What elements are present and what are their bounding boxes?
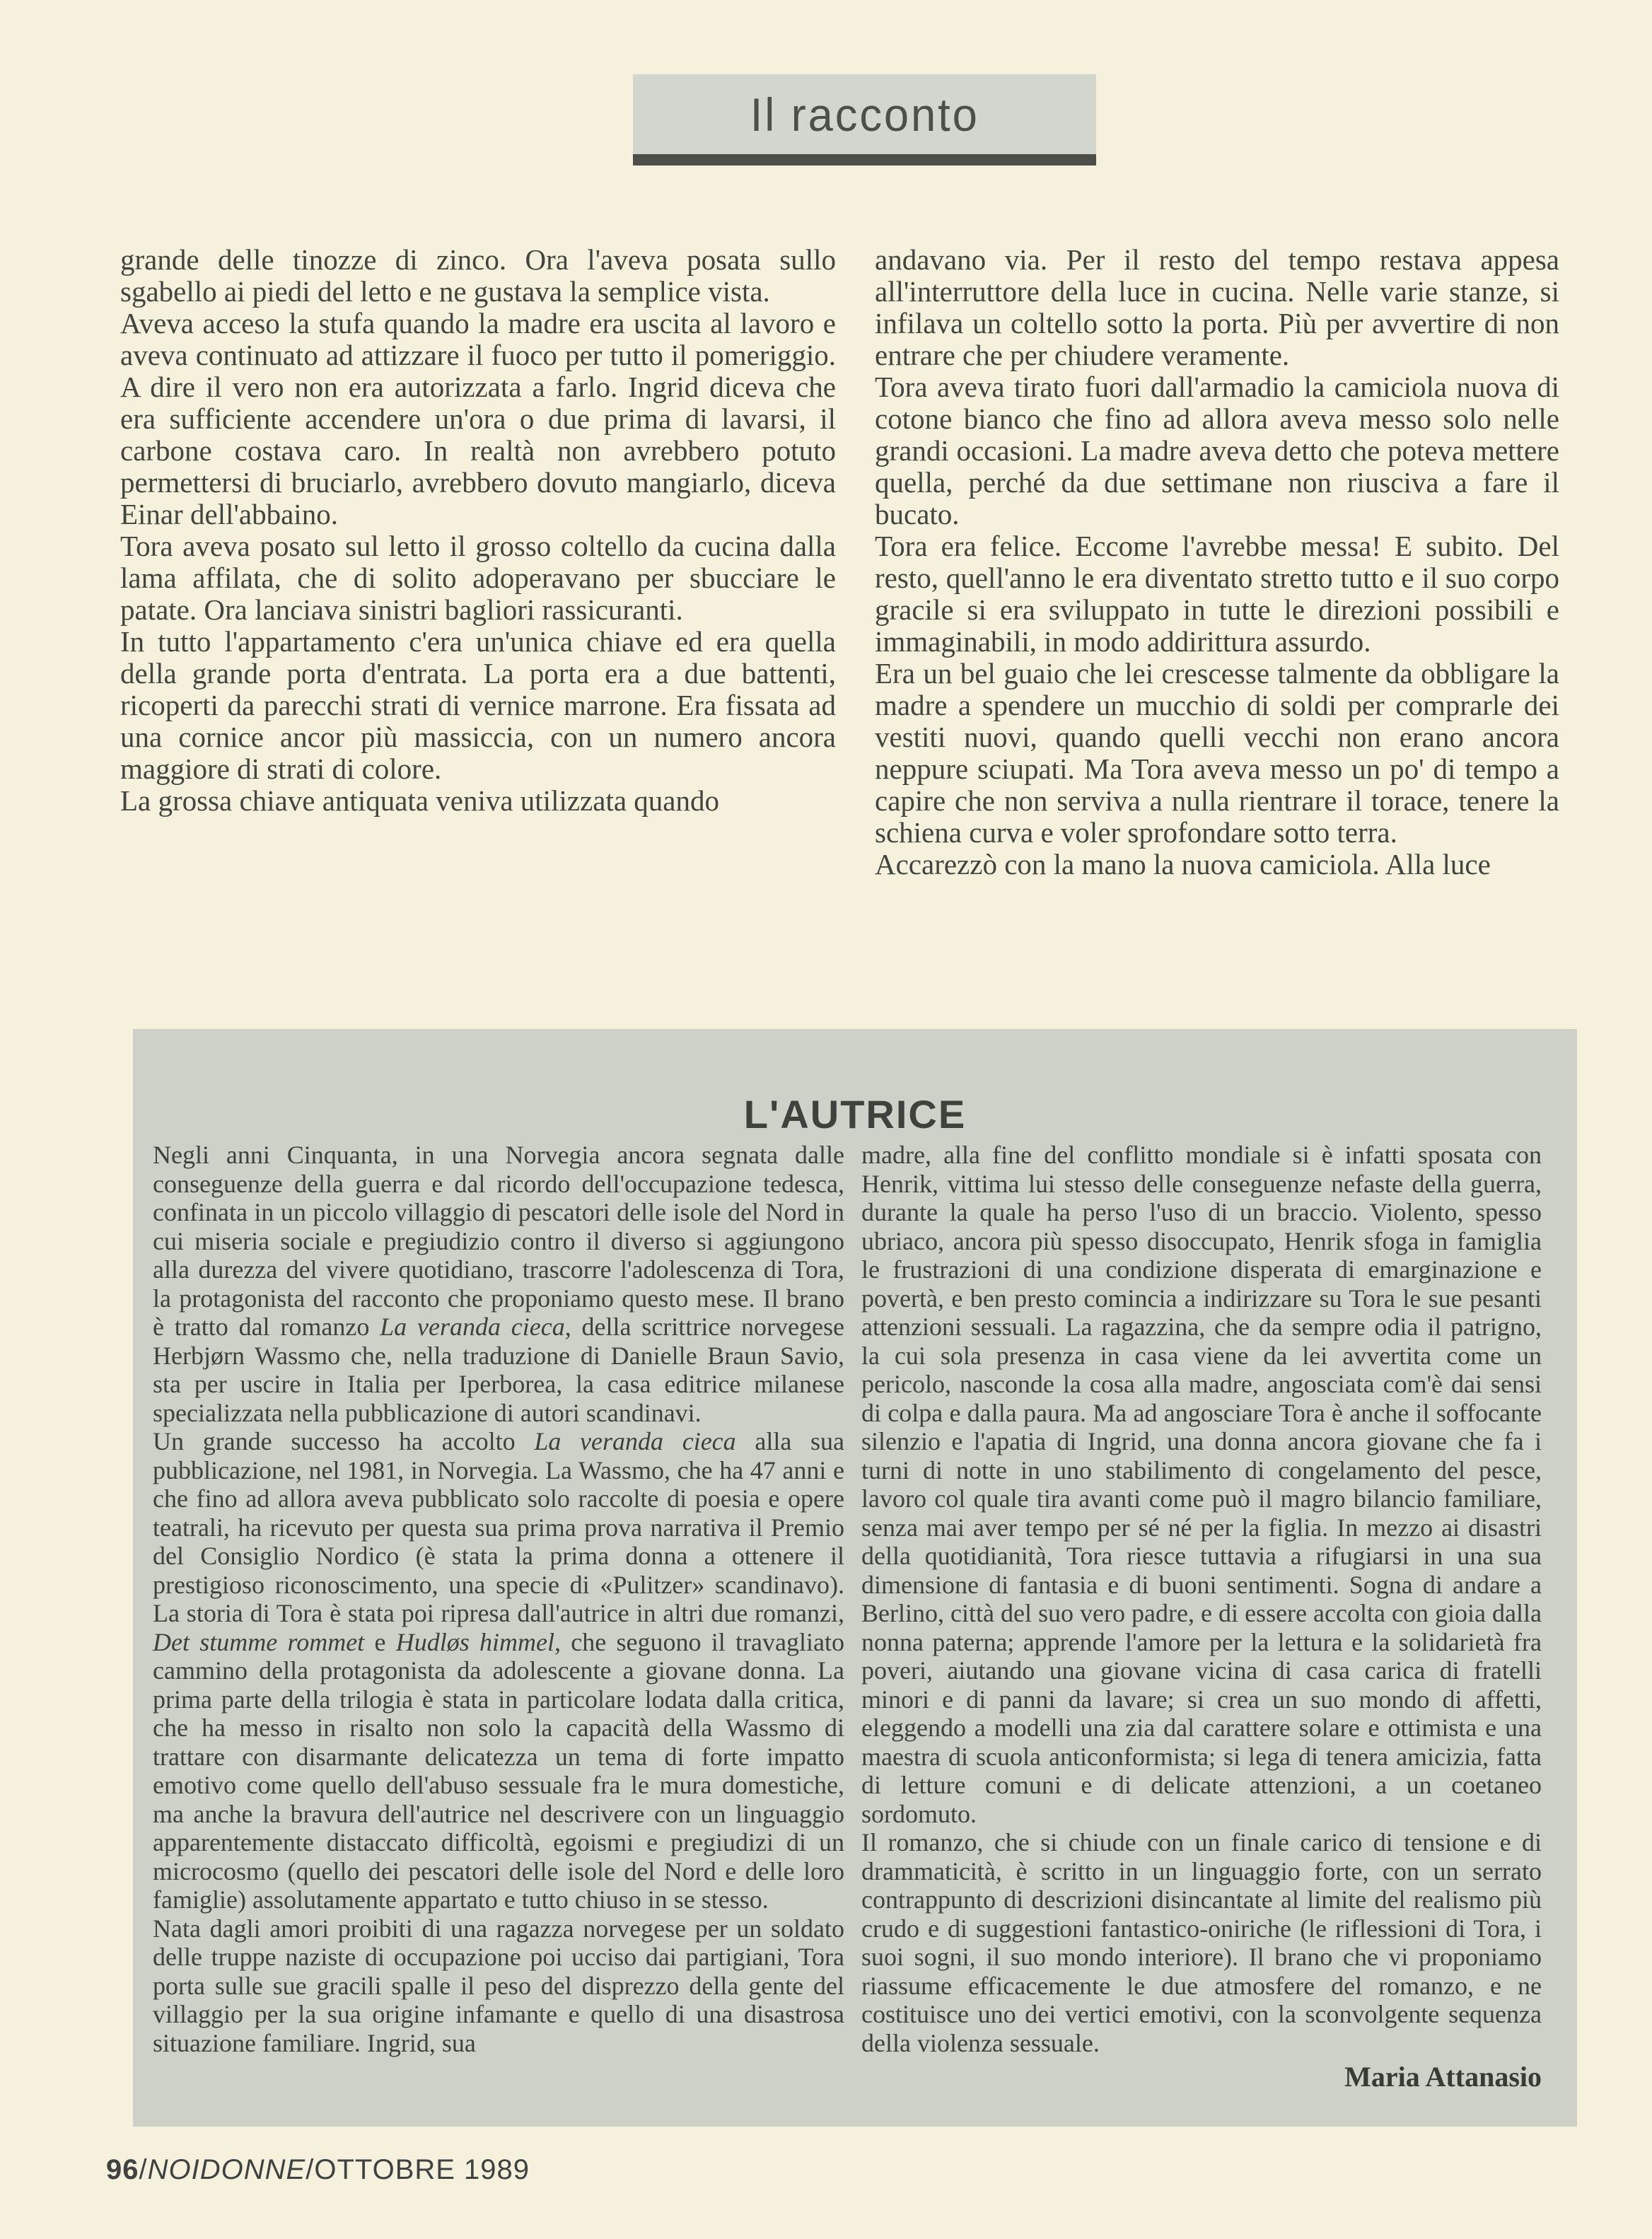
paragraph: Negli anni Cinquanta, in una Norvegia an… (153, 1141, 844, 1427)
footer-page-number: 96 (106, 2154, 139, 2185)
paragraph: grande delle tinozze di zinco. Ora l'ave… (120, 244, 836, 308)
paragraph: andavano via. Per il resto del tempo res… (875, 244, 1559, 371)
magazine-page: Il racconto grande delle tinozze di zinc… (0, 0, 1652, 2239)
footer-separator: / (306, 2154, 314, 2185)
byline: Maria Attanasio (861, 2063, 1542, 2092)
paragraph: Era un bel guaio che lei crescesse talme… (875, 658, 1559, 849)
story-left-column: grande delle tinozze di zinco. Ora l'ave… (120, 244, 836, 817)
author-box-title: L'AUTRICE (133, 1091, 1577, 1137)
paragraph: Tora aveva tirato fuori dall'armadio la … (875, 371, 1559, 530)
footer-issue-date: OTTOBRE 1989 (314, 2154, 530, 2185)
author-box-right-paragraphs: madre, alla fine del conflitto mondiale … (861, 1141, 1542, 2057)
paragraph: Nata dagli amori proibiti di una ragazza… (153, 1914, 844, 2058)
paragraph: Tora aveva posato sul letto il grosso co… (120, 530, 836, 626)
section-header-band: Il racconto (633, 74, 1096, 154)
footer: 96/NOIDONNE/OTTOBRE 1989 (106, 2154, 530, 2186)
footer-magazine-name: NOIDONNE (148, 2154, 306, 2185)
paragraph: Il romanzo, che si chiude con un finale … (861, 1828, 1542, 2057)
paragraph: Aveva acceso la stufa quando la madre er… (120, 308, 836, 530)
header-rule (633, 154, 1096, 165)
author-box-left-column: Negli anni Cinquanta, in una Norvegia an… (153, 1141, 844, 2057)
author-box-right-column: madre, alla fine del conflitto mondiale … (861, 1141, 1542, 2092)
paragraph: La grossa chiave antiquata veniva utiliz… (120, 785, 836, 817)
page-title: Il racconto (750, 88, 979, 141)
paragraph: Tora era felice. Eccome l'avrebbe messa!… (875, 530, 1559, 658)
paragraph: In tutto l'appartamento c'era un'unica c… (120, 626, 836, 785)
author-box: L'AUTRICE Negli anni Cinquanta, in una N… (133, 1029, 1577, 2127)
story-right-column: andavano via. Per il resto del tempo res… (875, 244, 1559, 880)
footer-separator: / (139, 2154, 148, 2185)
paragraph: Accarezzò con la mano la nuova camiciola… (875, 849, 1559, 880)
paragraph: madre, alla fine del conflitto mondiale … (861, 1141, 1542, 1828)
paragraph: Un grande successo ha accolto La veranda… (153, 1427, 844, 1914)
